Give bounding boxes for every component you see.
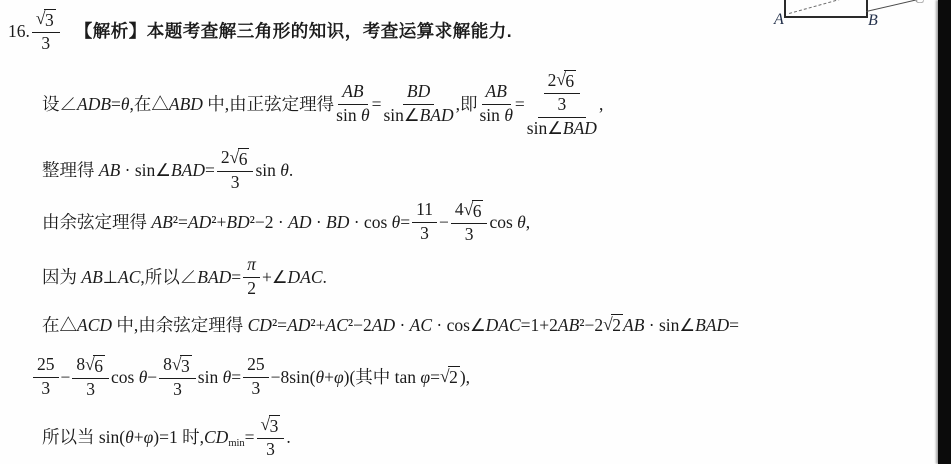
math-token: BAD — [197, 267, 231, 287]
math-token: CD — [248, 315, 272, 335]
math-token: AC — [326, 315, 348, 335]
math-token: ²−2 · — [250, 212, 288, 232]
figure-edge-bc — [866, 0, 920, 12]
math-token: , — [526, 212, 530, 232]
fraction: 8√63 — [72, 355, 109, 400]
math-token: + — [134, 427, 144, 447]
math-token: AD — [287, 315, 310, 335]
math-token: θ — [504, 106, 513, 126]
math-token: = — [231, 367, 241, 387]
math-token: ABD — [169, 94, 203, 114]
math-token: φ — [420, 367, 430, 387]
math-token: ²−2 — [348, 315, 372, 335]
math-token: = — [245, 427, 255, 447]
math-token: . — [286, 427, 290, 447]
math-token: ADB — [77, 94, 111, 114]
solution-line-cosine-abd: 由余弦定理得 AB²=AD²+BD²−2 · AD · BD · cos θ=1… — [42, 199, 530, 245]
figure-vertex-b-label: B — [868, 13, 878, 29]
math-token: AD — [288, 212, 311, 232]
math-token: sin — [198, 367, 223, 387]
math-token: AB — [342, 82, 363, 102]
math-token: AC — [118, 267, 140, 287]
fraction: BDsin∠BAD — [383, 82, 453, 125]
math-token: θ — [223, 367, 232, 387]
math-token: 3 — [86, 380, 95, 400]
solution-line-simplify: 整理得 AB · sin∠BAD=2√63sin θ. — [42, 147, 293, 193]
fraction: 113 — [412, 200, 437, 243]
math-token: θ — [139, 367, 148, 387]
sqrt-expression: √6 — [230, 148, 250, 169]
solution-line-conclusion: 所以当 sin(θ+φ)=1 时,CDmin=√33. — [42, 414, 291, 460]
fraction: 2√63 — [217, 148, 254, 193]
math-token: sin — [336, 106, 361, 126]
math-token: · cos∠ — [432, 315, 486, 335]
math-token: CD — [204, 427, 228, 447]
math-token: = — [205, 160, 215, 180]
math-token: +∠ — [262, 267, 288, 287]
math-token: 8 — [163, 355, 172, 375]
math-token: ²−2 — [579, 315, 603, 335]
math-token: 3 — [41, 34, 50, 54]
math-token: 中,由正弦定理得 — [203, 94, 334, 114]
math-token: 2 — [247, 279, 256, 299]
math-token: 所以当 sin( — [42, 427, 125, 447]
math-token: ,所以∠ — [140, 267, 197, 287]
math-token: 2 — [548, 71, 557, 91]
math-token: )(其中 tan — [344, 367, 421, 387]
math-token: cos — [111, 367, 139, 387]
math-token: ), — [460, 367, 470, 387]
sqrt-expression: √2 — [440, 366, 460, 387]
math-token: DAC — [288, 267, 323, 287]
math-token: )=1 时, — [153, 427, 204, 447]
math-token: AC — [410, 315, 432, 335]
math-token: θ — [280, 160, 289, 180]
math-token: 设∠ — [42, 94, 77, 114]
scanned-solution-page: A B C 16.√33【解析】本题考查解三角形的知识，考查运算求解能力. 设∠… — [0, 0, 951, 464]
math-token: · sin∠ — [644, 315, 695, 335]
math-token: = — [729, 315, 739, 335]
math-token: 【解析】本题考查解三角形的知识，考查运算求解能力. — [75, 21, 512, 41]
math-token: AD — [188, 212, 211, 232]
fraction: 8√33 — [159, 355, 196, 400]
answer-line: 16.√33【解析】本题考查解三角形的知识，考查运算求解能力. — [8, 5, 512, 57]
fraction: ABsin θ — [336, 82, 369, 125]
math-token: · — [395, 315, 410, 335]
math-token: 25 — [37, 355, 55, 375]
solution-line-expression: 253−8√63cos θ−8√33sin θ=253−8sin(θ+φ)(其中… — [31, 353, 470, 401]
fraction: √33 — [257, 415, 285, 460]
math-token: =1+2 — [521, 315, 558, 335]
math-token: sin — [255, 160, 280, 180]
solution-line-sine-rule: 设∠ADB=θ,在△ABD 中,由正弦定理得ABsin θ=BDsin∠BAD,… — [42, 70, 603, 138]
math-token: ,在△ — [130, 94, 169, 114]
math-token: cos — [489, 212, 517, 232]
fraction: 2√63sin∠BAD — [527, 70, 597, 138]
math-token: ,即 — [456, 94, 478, 114]
math-token: 16. — [8, 21, 30, 41]
math-token: π — [247, 255, 256, 275]
math-token: . — [323, 267, 327, 287]
math-token: BD — [226, 212, 249, 232]
math-token: − — [61, 367, 71, 387]
math-token: 在△ — [42, 315, 77, 335]
math-token: 25 — [247, 355, 265, 375]
math-token: 3 — [41, 379, 50, 399]
sqrt-expression: √3 — [36, 9, 56, 30]
math-token: 3 — [557, 95, 566, 115]
math-token: 因为 — [42, 267, 81, 287]
math-token: ²+ — [310, 315, 325, 335]
sqrt-expression: √3 — [261, 415, 281, 436]
math-token: AB — [558, 315, 579, 335]
figure-vertex-c-label: C — [914, 0, 925, 7]
math-token: φ — [144, 427, 154, 447]
math-token: −8sin( — [271, 367, 316, 387]
math-token: BD — [326, 212, 349, 232]
math-token: 3 — [251, 379, 260, 399]
fraction: 4√63 — [451, 200, 488, 245]
math-token: · sin∠ — [120, 160, 171, 180]
math-token: + — [324, 367, 334, 387]
math-token: 2 — [221, 148, 230, 168]
fraction: ABsin θ — [480, 82, 513, 125]
math-token: BAD — [171, 160, 205, 180]
math-token: 4 — [455, 200, 464, 220]
figure-vertex-a-label: A — [774, 12, 784, 28]
fraction: √33 — [32, 9, 60, 54]
subscript: min — [228, 438, 244, 450]
math-token: BAD — [563, 119, 597, 139]
math-token: 中,由余弦定理得 — [112, 315, 248, 335]
math-token: ACD — [77, 315, 112, 335]
math-token: 整理得 — [42, 160, 99, 180]
sqrt-expression: √2 — [603, 314, 623, 335]
math-token: − — [439, 212, 449, 232]
math-token: 3 — [465, 225, 474, 245]
math-token: . — [289, 160, 293, 180]
fraction: 2√63 — [544, 70, 581, 115]
math-token: ⊥ — [103, 267, 118, 287]
math-token: θ — [361, 106, 370, 126]
math-token: 3 — [420, 224, 429, 244]
math-token: ²= — [173, 212, 188, 232]
math-token: 3 — [266, 440, 275, 460]
math-token: 3 — [231, 173, 240, 193]
scan-edge-bar — [938, 0, 951, 464]
math-token: ²+ — [211, 212, 226, 232]
math-token: θ — [121, 94, 130, 114]
math-token: 8 — [76, 355, 85, 375]
math-token: DAC — [486, 315, 521, 335]
solution-line-perpendicular: 因为 AB⊥AC,所以∠BAD=π2+∠DAC. — [42, 254, 327, 300]
math-token: θ — [315, 367, 324, 387]
math-token: θ — [392, 212, 401, 232]
fraction: π2 — [243, 255, 260, 298]
math-token: AD — [372, 315, 395, 335]
math-token: 11 — [416, 200, 433, 220]
math-token: AB — [623, 315, 644, 335]
math-token: = — [400, 212, 410, 232]
fraction: 253 — [33, 355, 59, 398]
math-token: · cos — [349, 212, 391, 232]
math-token: − — [147, 367, 157, 387]
math-token: = — [430, 367, 440, 387]
math-token: 由余弦定理得 — [42, 212, 151, 232]
math-token: 3 — [173, 380, 182, 400]
math-token: ²= — [272, 315, 287, 335]
math-token: BAD — [420, 106, 454, 126]
sqrt-expression: √6 — [464, 200, 484, 221]
math-token: BAD — [695, 315, 729, 335]
math-token: = — [111, 94, 121, 114]
math-token: AB — [486, 82, 507, 102]
math-token: AB — [151, 212, 172, 232]
sqrt-expression: √3 — [172, 355, 192, 376]
math-token: AB — [99, 160, 120, 180]
math-token: = — [231, 267, 241, 287]
math-token: · — [311, 212, 326, 232]
sqrt-expression: √6 — [556, 70, 576, 91]
math-token: , — [599, 94, 603, 114]
math-token: φ — [334, 367, 344, 387]
math-token: sin∠ — [527, 119, 563, 139]
math-token: sin — [480, 106, 505, 126]
math-token: = — [372, 94, 382, 114]
fraction: 253 — [243, 355, 269, 398]
sqrt-expression: √6 — [85, 355, 105, 376]
math-token: = — [515, 94, 525, 114]
solution-line-cosine-acd: 在△ACD 中,由余弦定理得 CD²=AD²+AC²−2AD · AC · co… — [42, 305, 739, 345]
math-token: θ — [517, 212, 526, 232]
math-token: AB — [81, 267, 102, 287]
math-token: sin∠ — [383, 106, 419, 126]
math-token: BD — [407, 82, 430, 102]
math-token: θ — [125, 427, 134, 447]
